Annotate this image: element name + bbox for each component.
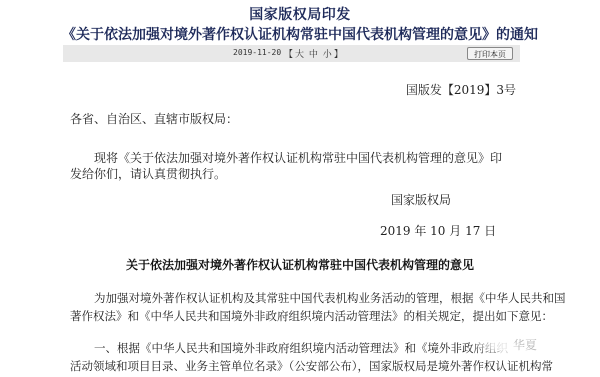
page-title-line1: 国家版权局印发 [0, 4, 600, 24]
print-button[interactable]: 打印本页 [467, 47, 513, 60]
publish-date: 2019-11-20 [233, 48, 281, 57]
opinion-item1-line2: 活动领域和项目目录、业务主管单位名录》（公安部公布），国家版权局是境外著作权认证… [70, 358, 553, 374]
bracket-open: 【 [284, 50, 293, 60]
sign-date: 2019 年 10 月 17 日 [380, 222, 496, 239]
watermark-logo: 华夏 [470, 332, 580, 358]
opinion-title: 关于依法加强对境外著作权认证机构常驻中国代表机构管理的意见 [0, 256, 600, 273]
font-size-small[interactable]: 小 [323, 50, 332, 60]
document-number: 国版发【2019】3号 [406, 81, 516, 98]
notice-paragraph-line2: 发给你们，请认真贯彻执行。 [70, 165, 226, 182]
font-size-large[interactable]: 大 [295, 50, 304, 60]
signer: 国家版权局 [391, 191, 451, 208]
opinion-intro-line1: 为加强对境外著作权认证机构及其常驻中国代表机构业务活动的管理，根据《中华人民共和… [94, 290, 566, 306]
salutation: 各省、自治区、直辖市版权局： [70, 110, 238, 127]
font-size-medium[interactable]: 中 [309, 50, 318, 60]
opinion-intro-line2: 著作权法》和《中华人民共和国境外非政府组织境内活动管理法》的相关规定，提出如下意… [70, 308, 553, 324]
opinion-item1-line1: 一、根据《中华人民共和国境外非政府组织境内活动管理法》和《境外非政府组织 [94, 340, 508, 356]
bracket-close: 】 [334, 50, 343, 60]
page-title-line2: 《关于依法加强对境外著作权认证机构常驻中国代表机构管理的意见》的通知 [0, 24, 600, 44]
font-size-switcher: 【大 中 小】 [283, 47, 344, 60]
notice-paragraph-line1: 现将《关于依法加强对境外著作权认证机构常驻中国代表机构管理的意见》印 [94, 149, 502, 166]
